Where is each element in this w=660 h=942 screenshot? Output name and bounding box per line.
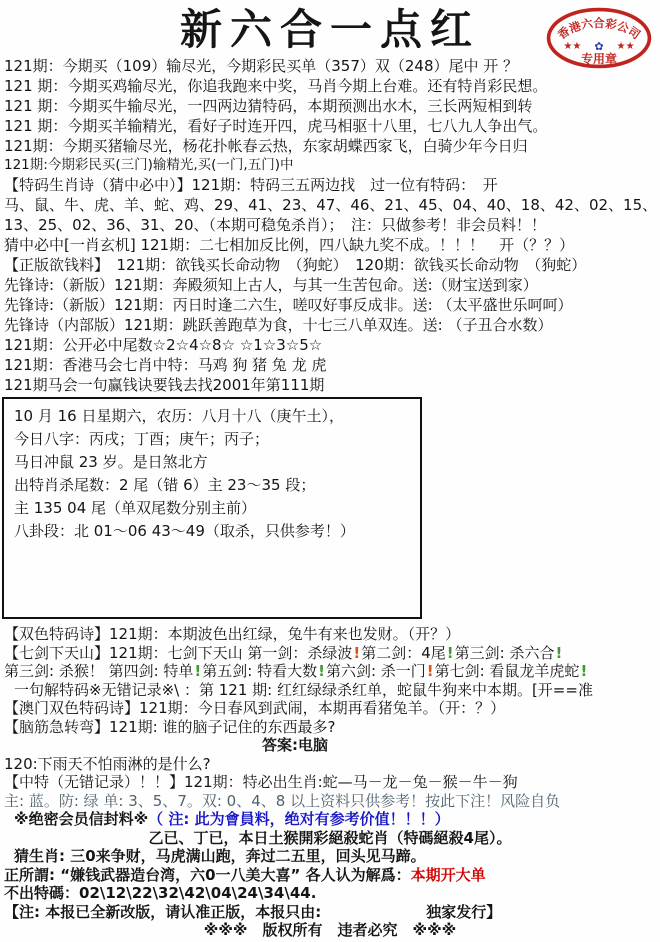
text-line: 【七剑下天山】121期：七剑下天山 第一剑：杀绿波!第二剑：4尾!第三剑: 杀六… (4, 644, 656, 663)
stamp-stars-left: ★★ (563, 41, 581, 52)
text-segment: 正所謂: “嫌钱武器造台湾，六0一八美大喜” 各人认为解爲： (4, 866, 411, 884)
text-line: 主: 蓝。防: 绿 单: 3、5、7。双: 0、4、8 以上资料只供参考！按此下… (4, 792, 656, 811)
text-line: 先锋诗:（新版）121期：奔殿须知上古人，与其一生苦包命。送:（财宝送到家） (4, 275, 656, 295)
text-segment: 第七剑: 看鼠龙羊虎蛇 (435, 662, 580, 680)
text-line: 猜中必中[一肖玄机] 121期：二七相加反比例，四八缺九奖不成。！！！ 开（？？… (4, 235, 656, 255)
text-line: 121期：香港马会七肖中特：马鸡 狗 猪 兔 龙 虎 (4, 355, 656, 375)
copyright-line: ※※※ 版权所有 违者必究 ※※※ (4, 921, 656, 940)
stamp-company-text: 香港六合彩公司 (555, 16, 643, 42)
bottom-section: 【双色特码诗】121期：本期波色出红绿，兔牛有来也发财。（开？） 【七剑下天山】… (0, 623, 660, 940)
highlight-red-text: 本期开大单 (411, 866, 486, 884)
text-line: 马、鼠、牛、虎、羊、蛇、鸡、29、41、23、47、46、21、45、04、40… (4, 195, 656, 215)
page: 新六合一点红 香港六合彩公司 ★★ ✿ ★★ 专用章 121期：今期买（109）… (0, 0, 660, 942)
svg-text:香港六合彩公司: 香港六合彩公司 (555, 16, 643, 42)
exclaim-mark: ! (193, 662, 202, 680)
text-line: 【特码生肖诗（猜中必中）】121期：特码三五两边找 过一位有特码： 开 (4, 175, 656, 195)
text-line: 先锋诗:（新版）121期：丙日时逢二六生，嗟叹好事反成非。送: （太平盛世乐呵呵… (4, 295, 656, 315)
text-line: 【正版欲钱料】 121期：欲钱买长命动物 （狗蛇） 120期：欲钱买长命动物 （… (4, 255, 656, 275)
text-segment: 第二剑：4尾 (361, 644, 446, 662)
text-line: 121期马会一句赢钱诀要钱去找2001年第111期 (4, 375, 656, 395)
text-segment: 独家发行】 (426, 903, 501, 921)
text-segment: 第三剑: 杀六合 (455, 644, 555, 662)
text-line: 【双色特码诗】121期：本期波色出红绿，兔牛有来也发财。（开？） (4, 625, 656, 644)
text-line: 今日八字：丙戌；丁酉；庚午；丙子； (14, 428, 410, 451)
answer-line: 答案:电脑 (4, 736, 586, 755)
saying-line: 正所謂: “嫌钱武器造台湾，六0一八美大喜” 各人认为解爲：本期开大单 (4, 866, 656, 885)
text-line: 【脑筋急转弯】121期: 谁的脑子记住的东西最多? (4, 718, 656, 737)
exclaim-mark: ! (426, 662, 435, 680)
text-line: 八卦段：北 01～06 43～49（取杀，只供参考！） (14, 520, 410, 543)
text-line: 【中特（无错记录）！！】121期：特必出生肖:蛇—马－龙－兔－猴－牛－狗 (4, 773, 656, 792)
text-segment: 第五剑: 特看大数 (202, 662, 317, 680)
text-line: 121 期：今期买牛输尽光，一四两边猜特码，本期预测出水木，三长两短相到转 (4, 96, 656, 116)
text-line: 乙已、丁已，本日土猴開彩絕殺蛇肖（特碼絕殺4尾）。 (4, 829, 656, 848)
exclaim-mark: ! (554, 644, 563, 662)
text-line: 先锋诗（内部版）121期：跳跃善跑草为食，十七三八单双连。送: （子丑合水数） (4, 315, 656, 335)
publisher-note-line: 【注: 本报已全新改版，请认准正版，本报只由:独家发行】 (4, 903, 656, 922)
text-line: 不出特碼：02\12\22\32\42\04\24\34\44. (4, 884, 656, 903)
secret-member-line: ※绝密会员信封料※（ 注: 此为會員料，绝对有参考价值！！！） (4, 810, 656, 829)
text-line: 第三剑: 杀猴！ 第四剑: 特单!第五剑: 特看大数!第六剑: 杀一门!第七剑:… (4, 662, 656, 681)
exclaim-mark: ! (579, 662, 588, 680)
top-section: 121期：今期买（109）输尽光，今期彩民买单（357）双（248）尾中 开 ？… (0, 54, 660, 395)
text-line: 121 期：今期买鸡输尽光，你追我跑来中奖，马肖今期上台难。还有特肖彩民想。 (4, 76, 656, 96)
text-segment: （ 注: 此为會員料，绝对有参考价值！！！） (148, 810, 449, 828)
text-line: 【澳门双色特码诗】121期：今日春风到武闹，本期再看猪兔羊。（开：？） (4, 699, 656, 718)
text-line: 121期：今期买猪输尽光，杨花扑帐春云热，东家胡蝶西家飞，白骑少年今日归 (4, 136, 656, 156)
text-line: 一句解特码※无错记录※\ ：第 121 期: 红红绿绿杀红单，蛇鼠牛狗来中本期。… (4, 681, 656, 700)
stamp-seal-text: 专用章 (581, 52, 617, 66)
exclaim-mark: ! (352, 644, 361, 662)
exclaim-mark: ! (317, 662, 326, 680)
stamp-stars-right: ★★ (617, 41, 635, 52)
text-segment: ※绝密会员信封料※ (14, 810, 148, 828)
text-line: 121期:今期彩民买(三门)输精光,买(一门,五门)中 (4, 156, 656, 175)
text-segment: 第三剑: 杀猴！ 第四剑: 特单 (4, 662, 193, 680)
text-line: 10 月 16 日星期六，农历：八月十八（庚午土）， (14, 405, 410, 428)
text-line: 马日冲鼠 23 岁。是日煞北方 (14, 451, 410, 474)
text-line: 13、25、02、36、31、20、（本期可稳兔杀肖）； 注：只做参考！非会员料… (4, 215, 656, 235)
text-segment: 【七剑下天山】121期：七剑下天山 第一剑：杀绿波 (4, 644, 352, 662)
text-segment: 【注: 本报已全新改版，请认准正版，本报只由: (4, 903, 321, 921)
text-line: 120:下雨天不怕雨淋的是什么? (4, 755, 656, 774)
text-line: 出特肖杀尾数：2 尾（错 6）主 23～35 段； (14, 474, 410, 497)
company-stamp-icon: 香港六合彩公司 ★★ ✿ ★★ 专用章 (544, 5, 654, 71)
text-line: 猜生肖: 三0来争财，马虎满山跑，奔过二五里，回头见马蹄。 (4, 847, 656, 866)
calendar-info-box: 10 月 16 日星期六，农历：八月十八（庚午土）， 今日八字：丙戌；丁酉；庚午… (2, 397, 422, 619)
exclaim-mark: ! (446, 644, 455, 662)
text-line: 121 期：今期买羊输精光，看好子时连开四，虎马相驱十八里，七八九人争出气。 (4, 116, 656, 136)
text-segment: 第六剑: 杀一门 (326, 662, 426, 680)
text-line: 121期：公开必中尾数☆2☆4☆8☆ ☆1☆3☆5☆ (4, 335, 656, 355)
text-line: 主 135 04 尾（单双尾数分别主前） (14, 497, 410, 520)
